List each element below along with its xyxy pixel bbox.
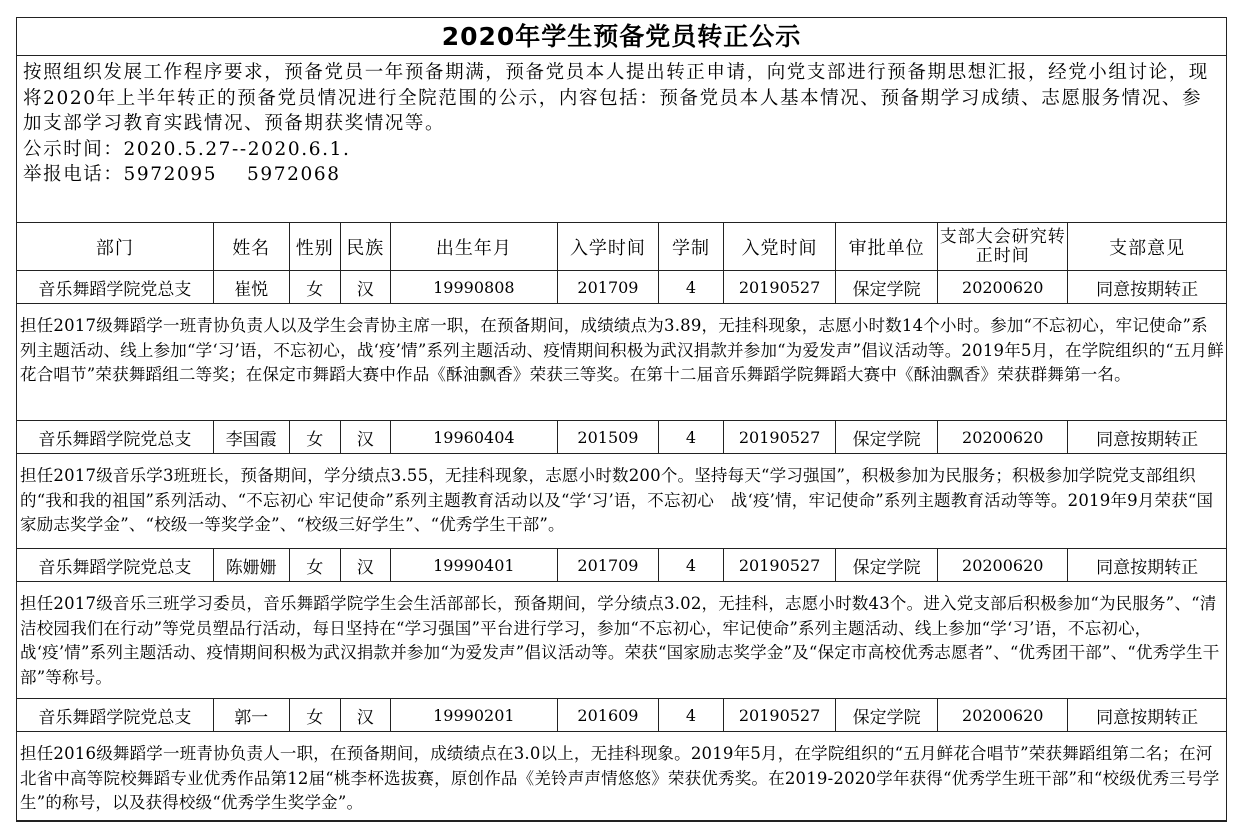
header-opinion: 支部意见 <box>1068 223 1226 271</box>
cell-meeting: 20200620 <box>938 271 1068 304</box>
header-meeting: 支部大会研究转正时间 <box>938 223 1068 271</box>
cell-opinion: 同意按期转正 <box>1068 549 1226 582</box>
cell-ethnicity: 汉 <box>340 271 390 304</box>
cell-name: 郭一 <box>213 699 289 732</box>
cell-dept: 音乐舞蹈学院党总支 <box>17 549 213 582</box>
header-enroll: 入学时间 <box>557 223 658 271</box>
cell-ethnicity: 汉 <box>340 549 390 582</box>
header-birth: 出生年月 <box>390 223 557 271</box>
cell-ethnicity: 汉 <box>340 699 390 732</box>
intro-section: 按照组织发展工作程序要求，预备党员一年预备期满，预备党员本人提出转正申请，向党支… <box>17 56 1226 223</box>
table-row: 音乐舞蹈学院党总支 郭一 女 汉 19990201 201609 4 20190… <box>17 699 1226 732</box>
cell-joined: 20190527 <box>724 699 836 732</box>
table-row: 音乐舞蹈学院党总支 李国霞 女 汉 19960404 201509 4 2019… <box>17 421 1226 454</box>
table-header-row: 部门 姓名 性别 民族 出生年月 入学时间 学制 入党时间 审批单位 支部大会研… <box>17 223 1226 271</box>
cell-description: 担任2017级舞蹈学一班青协负责人以及学生会青协主席一职，在预备期间，成绩绩点为… <box>17 304 1226 421</box>
cell-enroll: 201509 <box>557 421 658 454</box>
header-years: 学制 <box>658 223 723 271</box>
cell-years: 4 <box>658 421 723 454</box>
cell-years: 4 <box>658 271 723 304</box>
header-joined: 入党时间 <box>724 223 836 271</box>
cell-gender: 女 <box>289 549 340 582</box>
cell-dept: 音乐舞蹈学院党总支 <box>17 271 213 304</box>
description-row: 担任2017级音乐三班学习委员，音乐舞蹈学院学生会生活部部长，预备期间，学分绩点… <box>17 582 1226 699</box>
cell-description: 担任2017级音乐学3班班长，预备期间，学分绩点3.55，无挂科现象，志愿小时数… <box>17 454 1226 549</box>
cell-approver: 保定学院 <box>836 271 938 304</box>
description-row: 担任2016级舞蹈学一班青协负责人一职，在预备期间，成绩绩点在3.0以上，无挂科… <box>17 732 1226 821</box>
cell-description: 担任2017级音乐三班学习委员，音乐舞蹈学院学生会生活部部长，预备期间，学分绩点… <box>17 582 1226 699</box>
cell-opinion: 同意按期转正 <box>1068 271 1226 304</box>
cell-gender: 女 <box>289 421 340 454</box>
cell-years: 4 <box>658 549 723 582</box>
cell-joined: 20190527 <box>724 421 836 454</box>
cell-name: 李国霞 <box>213 421 289 454</box>
cell-joined: 20190527 <box>724 549 836 582</box>
cell-birth: 19990808 <box>390 271 557 304</box>
cell-description: 担任2016级舞蹈学一班青协负责人一职，在预备期间，成绩绩点在3.0以上，无挂科… <box>17 732 1226 821</box>
cell-birth: 19990201 <box>390 699 557 732</box>
cell-name: 崔悦 <box>213 271 289 304</box>
cell-opinion: 同意按期转正 <box>1068 699 1226 732</box>
cell-meeting: 20200620 <box>938 699 1068 732</box>
cell-birth: 19960404 <box>390 421 557 454</box>
cell-meeting: 20200620 <box>938 549 1068 582</box>
header-approver: 审批单位 <box>836 223 938 271</box>
table-row: 音乐舞蹈学院党总支 陈姗姗 女 汉 19990401 201709 4 2019… <box>17 549 1226 582</box>
description-row: 担任2017级舞蹈学一班青协负责人以及学生会青协主席一职，在预备期间，成绩绩点为… <box>17 304 1226 421</box>
cell-birth: 19990401 <box>390 549 557 582</box>
header-dept: 部门 <box>17 223 213 271</box>
report-hotline: 举报电话：5972095 5972068 <box>23 162 1220 188</box>
announcement-period: 公示时间：2020.5.27--2020.6.1. <box>23 137 1220 163</box>
intro-paragraph: 按照组织发展工作程序要求，预备党员一年预备期满，预备党员本人提出转正申请，向党支… <box>23 60 1220 137</box>
announcement-sheet: 2020年学生预备党员转正公示 按照组织发展工作程序要求，预备党员一年预备期满，… <box>16 17 1227 822</box>
cell-dept: 音乐舞蹈学院党总支 <box>17 421 213 454</box>
cell-joined: 20190527 <box>724 271 836 304</box>
page-title: 2020年学生预备党员转正公示 <box>17 18 1226 56</box>
cell-name: 陈姗姗 <box>213 549 289 582</box>
cell-meeting: 20200620 <box>938 421 1068 454</box>
header-name: 姓名 <box>213 223 289 271</box>
cell-gender: 女 <box>289 271 340 304</box>
table-row: 音乐舞蹈学院党总支 崔悦 女 汉 19990808 201709 4 20190… <box>17 271 1226 304</box>
cell-gender: 女 <box>289 699 340 732</box>
header-gender: 性别 <box>289 223 340 271</box>
cell-approver: 保定学院 <box>836 421 938 454</box>
cell-ethnicity: 汉 <box>340 421 390 454</box>
cell-enroll: 201609 <box>557 699 658 732</box>
cell-enroll: 201709 <box>557 271 658 304</box>
cell-opinion: 同意按期转正 <box>1068 421 1226 454</box>
cell-dept: 音乐舞蹈学院党总支 <box>17 699 213 732</box>
candidates-table: 部门 姓名 性别 民族 出生年月 入学时间 学制 入党时间 审批单位 支部大会研… <box>17 223 1226 821</box>
cell-approver: 保定学院 <box>836 549 938 582</box>
cell-approver: 保定学院 <box>836 699 938 732</box>
cell-years: 4 <box>658 699 723 732</box>
description-row: 担任2017级音乐学3班班长，预备期间，学分绩点3.55，无挂科现象，志愿小时数… <box>17 454 1226 549</box>
cell-enroll: 201709 <box>557 549 658 582</box>
header-ethnicity: 民族 <box>340 223 390 271</box>
